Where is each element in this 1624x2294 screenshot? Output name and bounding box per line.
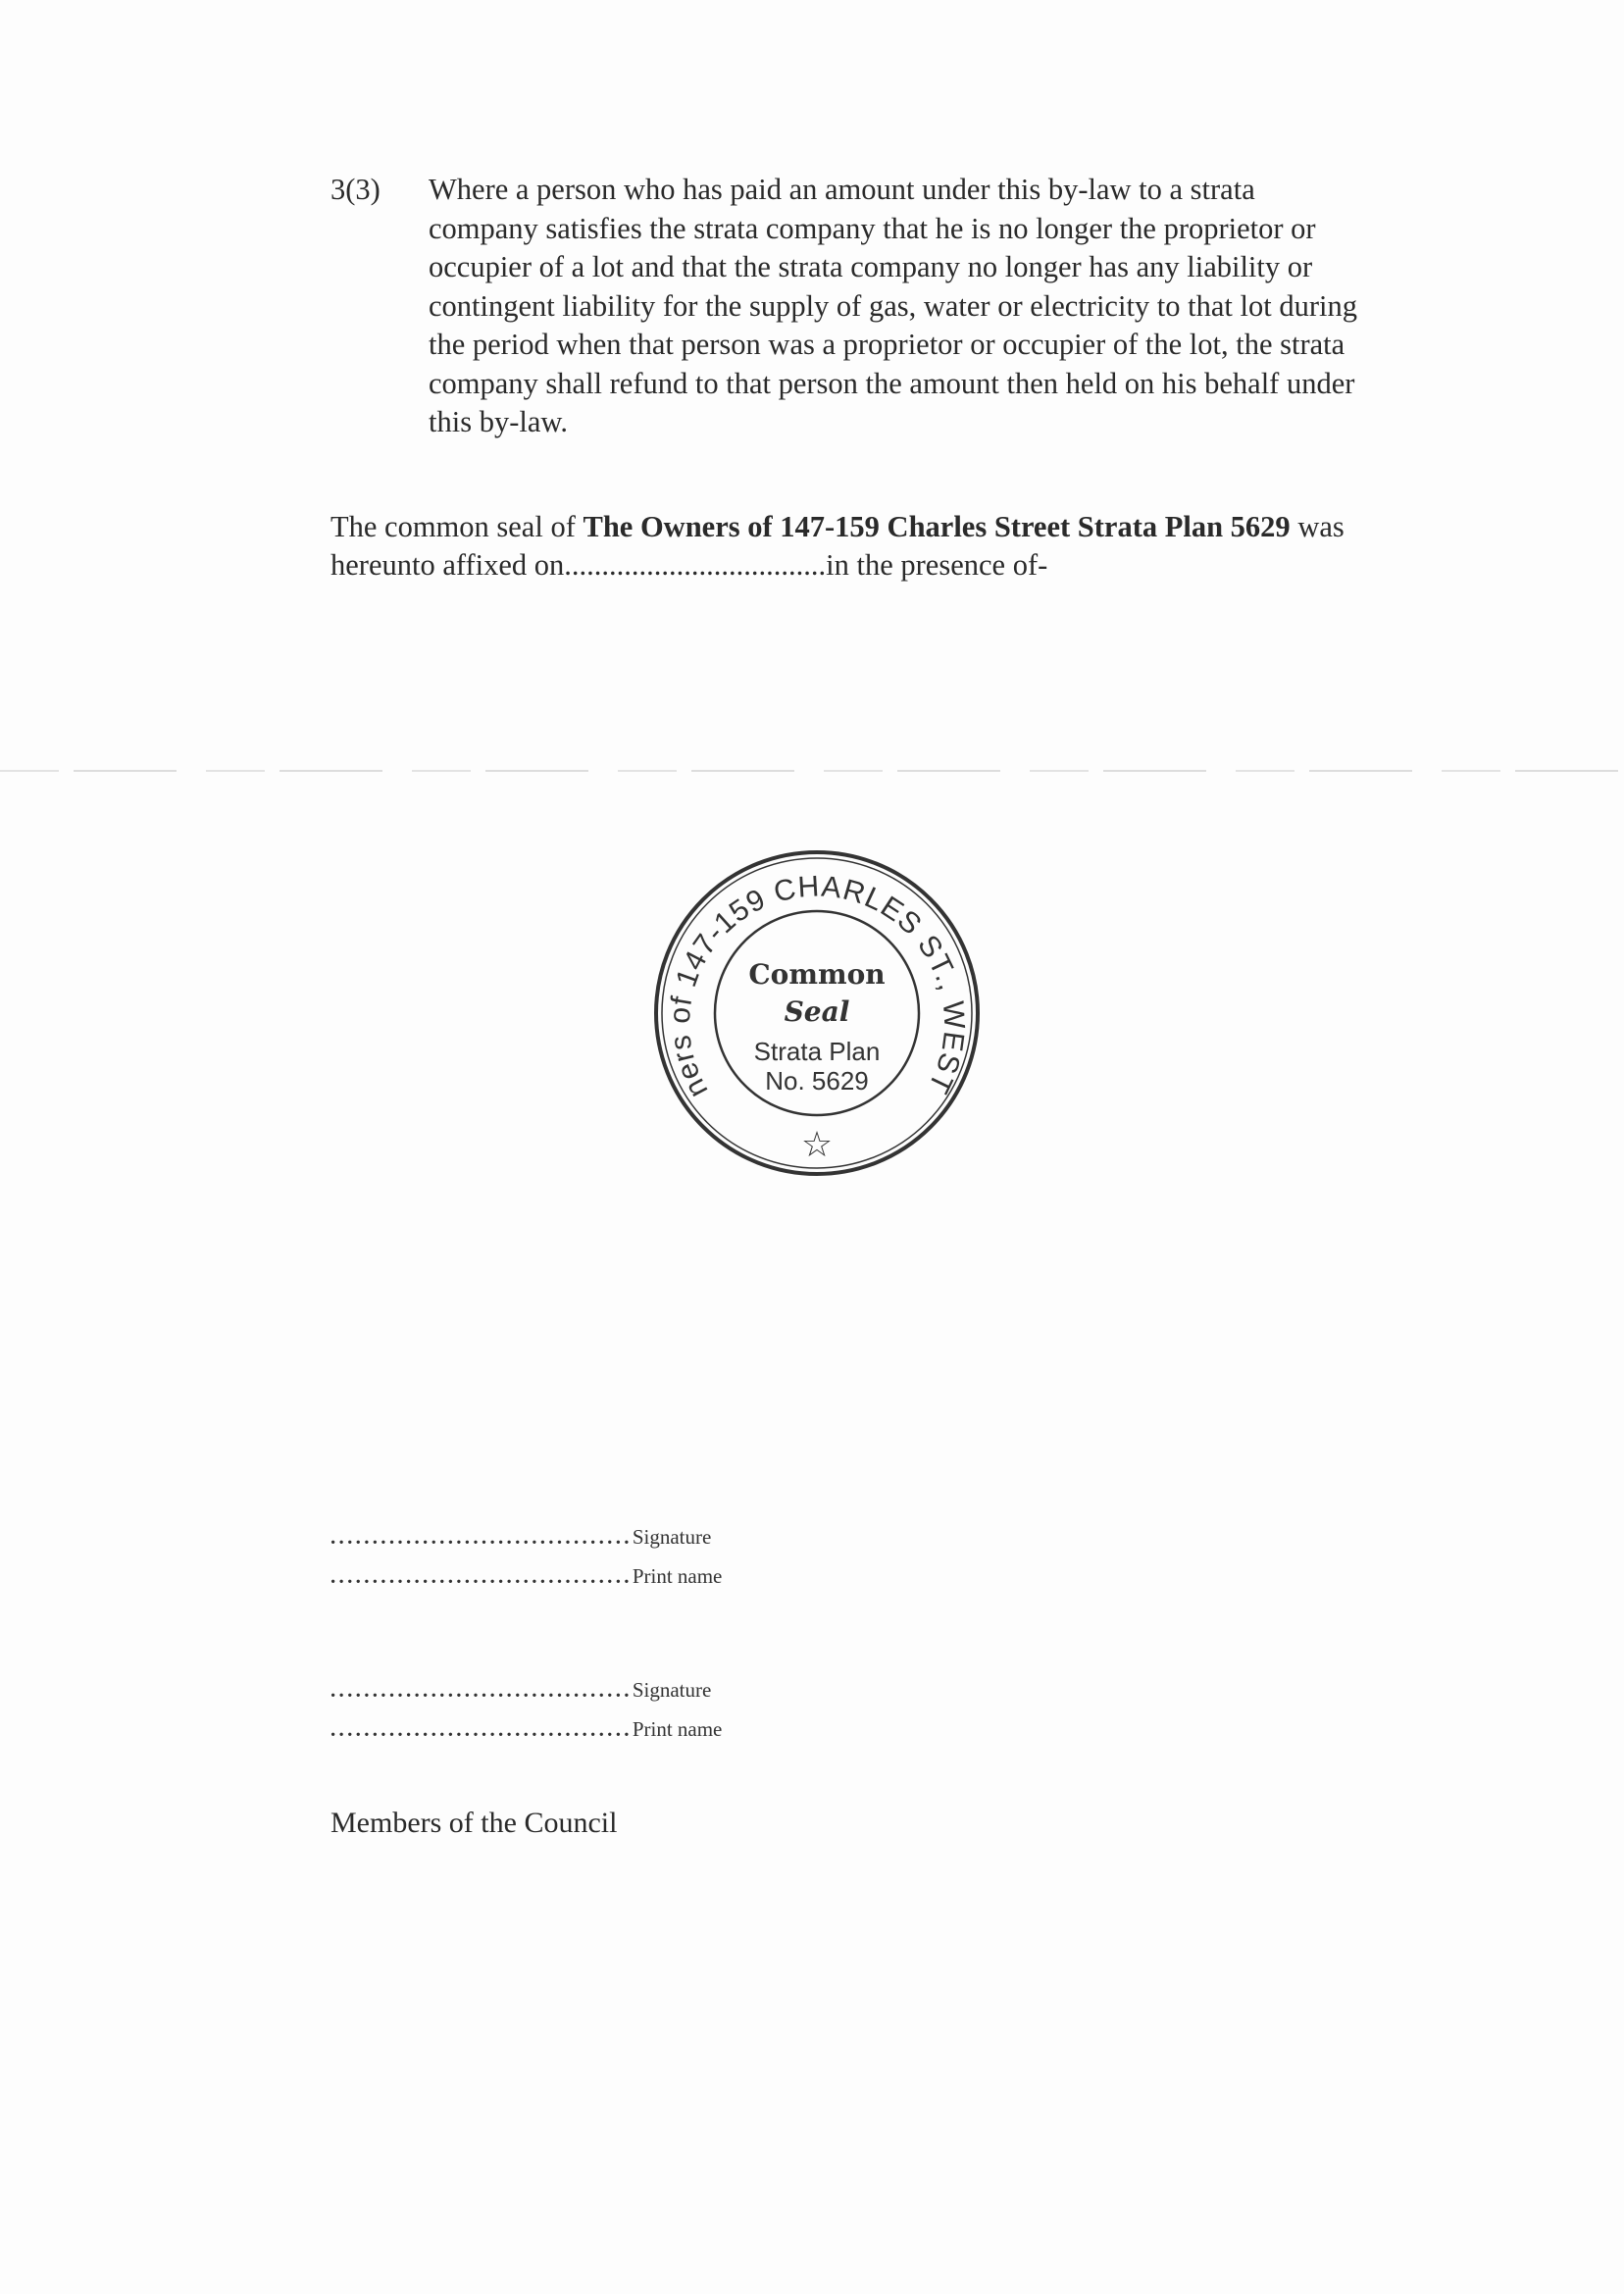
print-name-line[interactable]: ....................................Prin… xyxy=(330,1709,722,1749)
seal-title-common: Common xyxy=(748,958,885,991)
common-seal-stamp: The Owners of 147-159 CHARLES ST., WEST … xyxy=(650,846,984,1180)
council-members-label: Members of the Council xyxy=(330,1807,617,1840)
seal-statement-suffix: in the presence of- xyxy=(826,548,1047,582)
seal-plan-number: No. 5629 xyxy=(765,1066,869,1096)
signature-line[interactable]: ....................................Sign… xyxy=(330,1670,722,1709)
print-name-dots[interactable]: .................................... xyxy=(330,1556,633,1596)
signature-line[interactable]: ....................................Sign… xyxy=(330,1517,722,1556)
seal-title-seal: Seal xyxy=(785,995,850,1028)
signature-block-1: ....................................Sign… xyxy=(330,1517,722,1596)
owner-name: The Owners of 147-159 Charles Street Str… xyxy=(583,510,1290,543)
signature-label: Signature xyxy=(633,1517,711,1556)
paper-fold-line xyxy=(0,770,1624,772)
signature-label: Signature xyxy=(633,1670,711,1709)
clause-text: Where a person who has paid an amount un… xyxy=(429,171,1370,442)
signature-dots[interactable]: .................................... xyxy=(330,1670,633,1709)
date-blank-field[interactable]: ................................... xyxy=(564,548,826,582)
print-name-dots[interactable]: .................................... xyxy=(330,1709,633,1749)
bylaw-clause: 3(3) Where a person who has paid an amou… xyxy=(330,171,1390,442)
signature-dots[interactable]: .................................... xyxy=(330,1517,633,1556)
print-name-line[interactable]: ....................................Prin… xyxy=(330,1556,722,1596)
document-page: 3(3) Where a person who has paid an amou… xyxy=(0,0,1624,2294)
print-name-label: Print name xyxy=(633,1709,723,1749)
print-name-label: Print name xyxy=(633,1556,723,1596)
star-icon: ☆ xyxy=(801,1125,833,1165)
seal-statement: The common seal of The Owners of 147-159… xyxy=(330,508,1390,585)
clause-number: 3(3) xyxy=(330,171,429,442)
signature-block-2: ....................................Sign… xyxy=(330,1670,722,1749)
seal-plan-label: Strata Plan xyxy=(754,1037,881,1066)
seal-statement-prefix: The common seal of xyxy=(330,510,583,543)
